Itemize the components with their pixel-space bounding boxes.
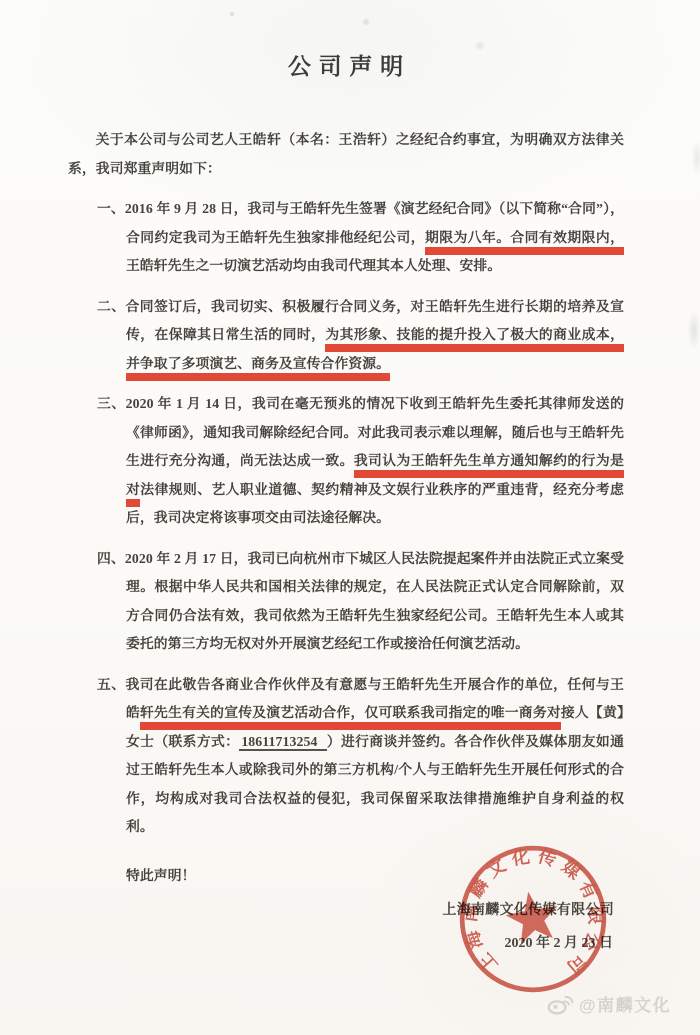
clause-4-text: 四、2020 年 2 月 17 日，我司已向杭州市下城区人民法院提起案件并由法院…	[97, 551, 624, 652]
clause-3: 三、2020 年 1 月 14 日，我司在毫无预兆的情况下收到王皓轩先生委托其律…	[126, 390, 624, 533]
contact-phone-number: 18611713254	[239, 734, 326, 751]
weibo-icon	[547, 992, 574, 1016]
intro-paragraph: 关于本公司与公司艺人王皓轩（本名：王浩轩）之经纪合约事宜，为明确双方法律关系，我…	[68, 126, 624, 183]
red-underline-segment: 轩先生有关的宣传及演艺活动合作，仅可联系我司指定的唯一商务对	[140, 705, 561, 730]
closing-statement: 特此声明！	[126, 862, 624, 891]
signature-block: 上海南麟文化传媒有限公司 2020 年 2 月 23 日	[442, 901, 614, 953]
weibo-watermark: @南麟文化	[547, 991, 671, 1016]
clause-4: 四、2020 年 2 月 17 日，我司已向杭州市下城区人民法院提起案件并由法院…	[126, 545, 624, 659]
clause-1-text-end: 王皓轩先生之一切演艺活动均由我司代理其本人处理、安排。	[126, 258, 501, 273]
clause-1: 一、2016 年 9 月 28 日，我司与王皓轩先生签署《演艺经纪合同》（以下简…	[126, 195, 624, 281]
document-title: 公 司 声 明	[68, 50, 624, 84]
statement-document: 公 司 声 明 关于本公司与公司艺人王皓轩（本名：王浩轩）之经纪合约事宜，为明确…	[0, 0, 700, 1035]
intro-text: 关于本公司与公司艺人王皓轩（本名：王浩轩）之经纪合约事宜，为明确双方法律关系，我…	[68, 132, 624, 176]
red-underline-segment: 期限为八年。合同有效期限内，	[425, 230, 624, 255]
signature-company-name: 上海南麟文化传媒有限公司	[442, 901, 614, 920]
clause-3-text-end: 法律规则、艺人职业道德、契约精神及文娱行业秩序的严重违背，经充分考虑后，我司决定…	[126, 482, 624, 526]
clause-2: 二、合同签订后，我司切实、积极履行合同义务，对王皓轩先生进行长期的培养及宣传，在…	[126, 293, 624, 379]
signature-date: 2020 年 2 月 23 日	[442, 934, 614, 953]
watermark-handle: @南麟文化	[579, 991, 671, 1016]
clause-5: 五、我司在此敬告各商业合作伙伴及有意愿与王皓轩先生开展合作的单位，任何与王皓轩先…	[126, 671, 624, 842]
